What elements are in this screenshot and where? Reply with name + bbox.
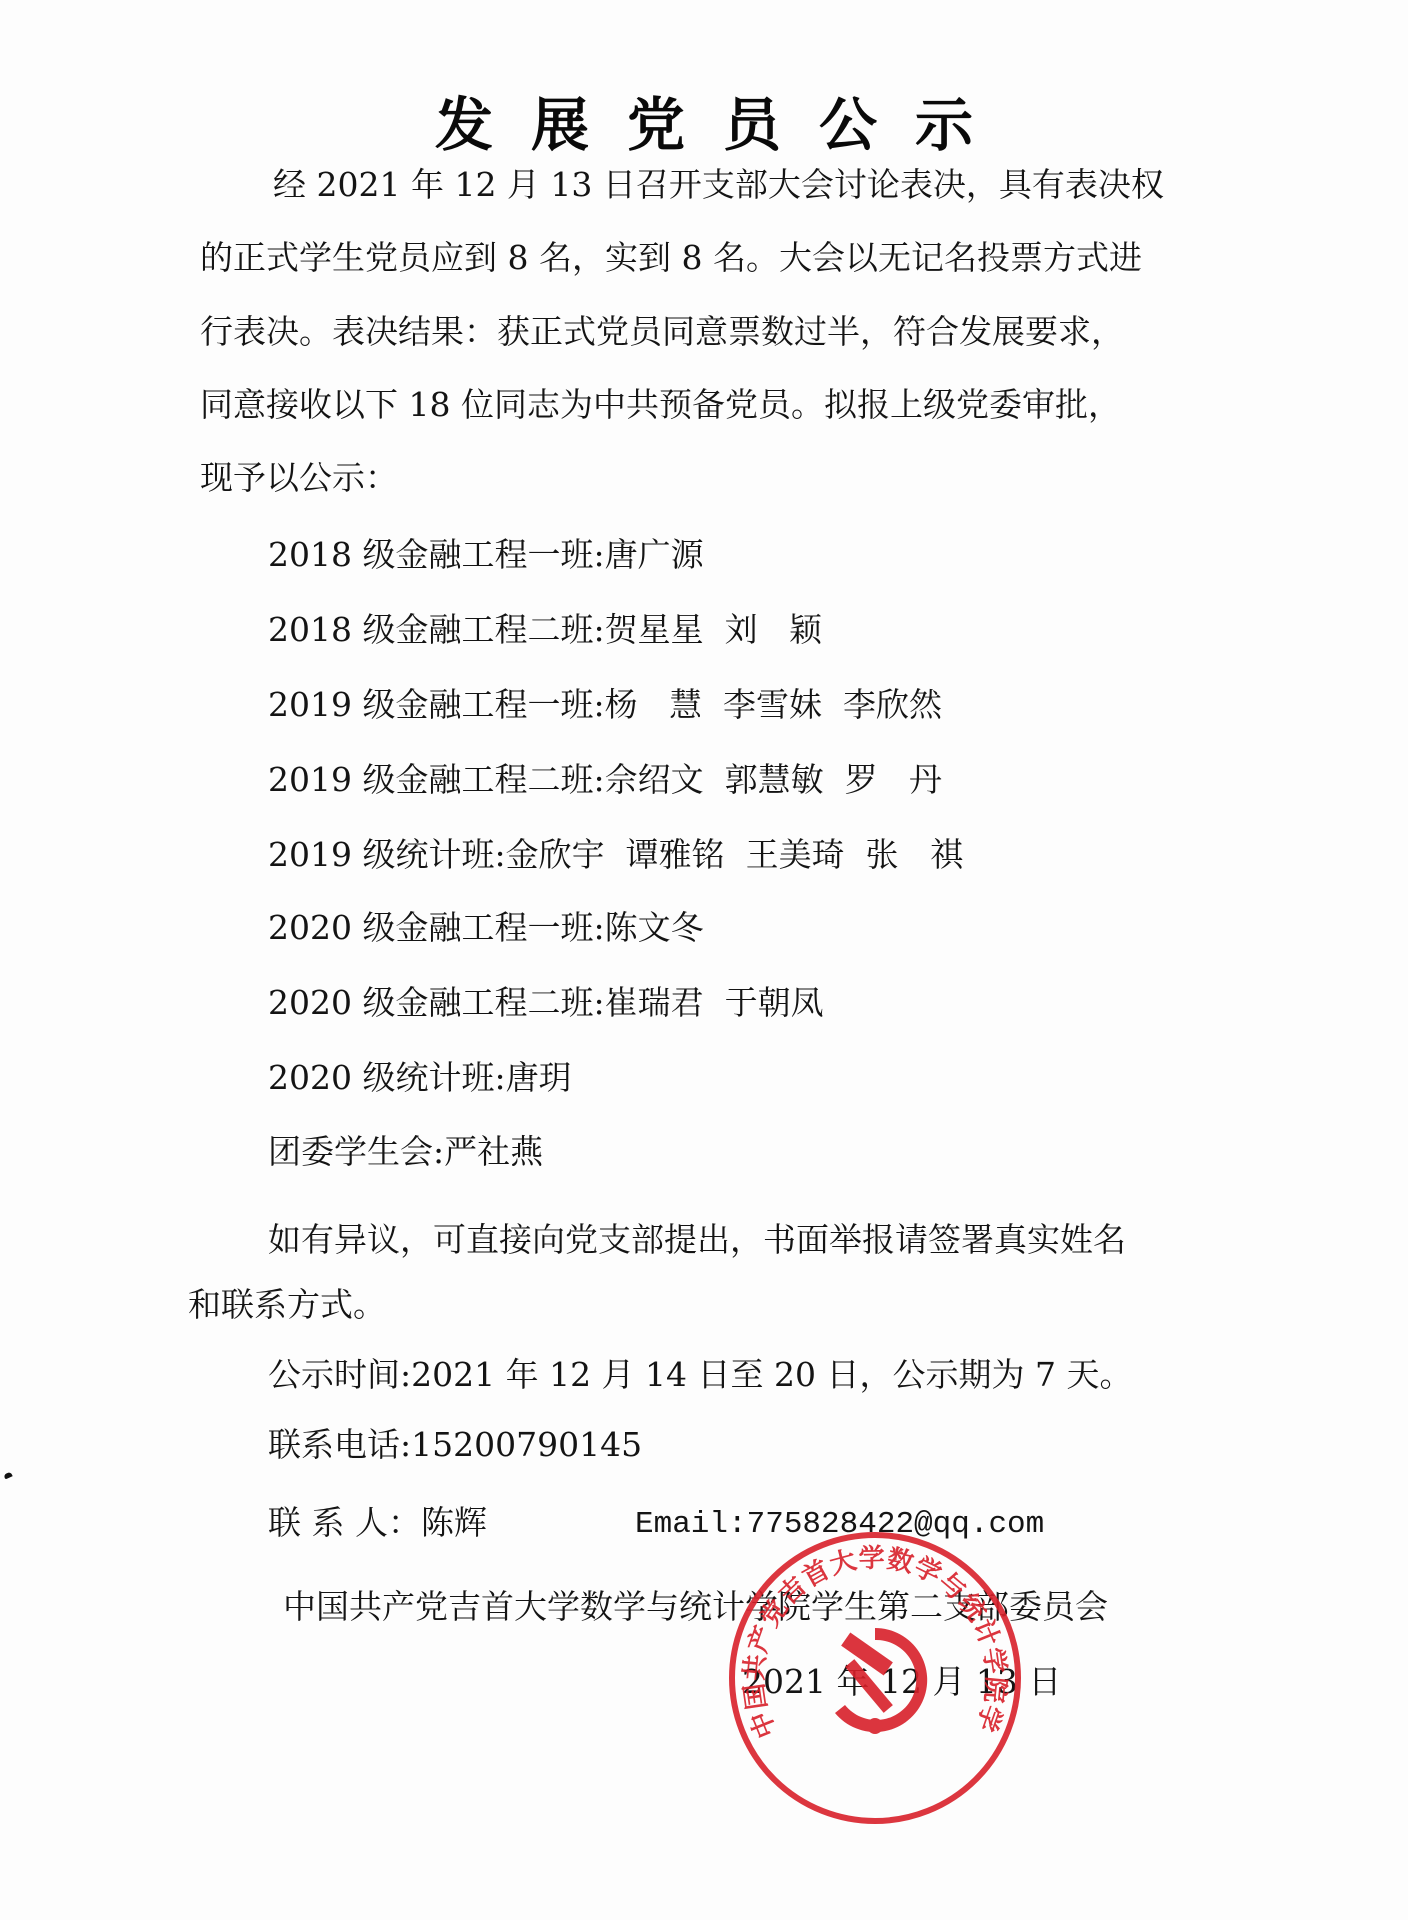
candidate-row: 团委学生会:严社燕 — [268, 1132, 543, 1172]
candidate-names: 金欣宇 谭雅铭 王美琦 张 祺 — [506, 835, 963, 874]
candidate-row: 2019 级金融工程一班:杨 慧 李雪妹 李欣然 — [268, 685, 942, 725]
candidate-names: 严社燕 — [444, 1132, 543, 1171]
candidate-row: 2020 级统计班:唐玥 — [268, 1058, 572, 1098]
candidate-names: 杨 慧 李雪妹 李欣然 — [605, 685, 942, 724]
class-name: 2020 级金融工程一班 — [268, 908, 593, 947]
candidate-names: 贺星星 刘 颖 — [605, 610, 822, 649]
candidate-row: 2019 级金融工程二班:佘绍文 郭慧敏 罗 丹 — [268, 760, 942, 800]
svg-text:中国共产党吉首大学数学与统计学院学生第二支部委员会: 中国共产党吉首大学数学与统计学院学生第二支部委员会 — [725, 1528, 1011, 1742]
class-name: 团委学生会 — [268, 1132, 433, 1171]
objection-line-1: 如有异议，可直接向党支部提出，书面举报请签署真实姓名 — [268, 1220, 1126, 1260]
issue-date: 2021 年 12 月 13 日 — [742, 1662, 1061, 1702]
scan-speck — [3, 1472, 12, 1480]
candidate-row: 2020 级金融工程二班:崔瑞君 于朝凤 — [268, 983, 824, 1023]
issuing-organization: 中国共产党吉首大学数学与统计学院学生第二支部委员会 — [283, 1587, 1108, 1627]
publicity-period: 公示时间:2021 年 12 月 14 日至 20 日，公示期为 7 天。 — [268, 1355, 1132, 1395]
class-name: 2020 级金融工程二班 — [268, 983, 593, 1022]
candidate-row: 2020 级金融工程一班:陈文冬 — [268, 908, 704, 948]
intro-line-2: 的正式学生党员应到 8 名，实到 8 名。大会以无记名投票方式进 — [200, 238, 1142, 278]
class-name: 2020 级统计班 — [268, 1058, 494, 1097]
candidate-names: 唐玥 — [506, 1058, 572, 1097]
class-name: 2019 级统计班 — [268, 835, 494, 874]
candidate-names: 陈文冬 — [605, 908, 704, 947]
candidate-row: 2019 级统计班:金欣宇 谭雅铭 王美琦 张 祺 — [268, 835, 963, 875]
candidate-names: 唐广源 — [605, 535, 704, 574]
candidate-names: 佘绍文 郭慧敏 罗 丹 — [605, 760, 942, 799]
intro-line-1: 经 2021 年 12 月 13 日召开支部大会讨论表决，具有表决权 — [273, 165, 1164, 205]
class-name: 2019 级金融工程二班 — [268, 760, 593, 799]
intro-line-4: 同意接收以下 18 位同志为中共预备党员。拟报上级党委审批， — [200, 385, 1121, 425]
candidate-names: 崔瑞君 于朝凤 — [605, 983, 824, 1022]
candidate-row: 2018 级金融工程一班:唐广源 — [268, 535, 704, 575]
document-page: 发展党员公示 经 2021 年 12 月 13 日召开支部大会讨论表决，具有表决… — [0, 0, 1408, 1920]
contact-person: 联 系 人：陈辉 — [268, 1503, 487, 1543]
class-name: 2018 级金融工程二班 — [268, 610, 593, 649]
intro-line-3: 行表决。表决结果：获正式党员同意票数过半，符合发展要求， — [200, 312, 1124, 352]
class-name: 2019 级金融工程一班 — [268, 685, 593, 724]
document-title: 发展党员公示 — [0, 78, 1408, 162]
objection-line-2: 和联系方式。 — [188, 1285, 386, 1325]
contact-phone: 联系电话:15200790145 — [268, 1425, 642, 1465]
candidate-row: 2018 级金融工程二班:贺星星 刘 颖 — [268, 610, 822, 650]
class-name: 2018 级金融工程一班 — [268, 535, 593, 574]
seal-text: 中国共产党吉首大学数学与统计学院学生第二支部委员会 — [725, 1528, 1011, 1742]
contact-email: Email:775828422@qq.com — [635, 1505, 1044, 1545]
intro-line-5: 现予以公示： — [200, 458, 398, 498]
